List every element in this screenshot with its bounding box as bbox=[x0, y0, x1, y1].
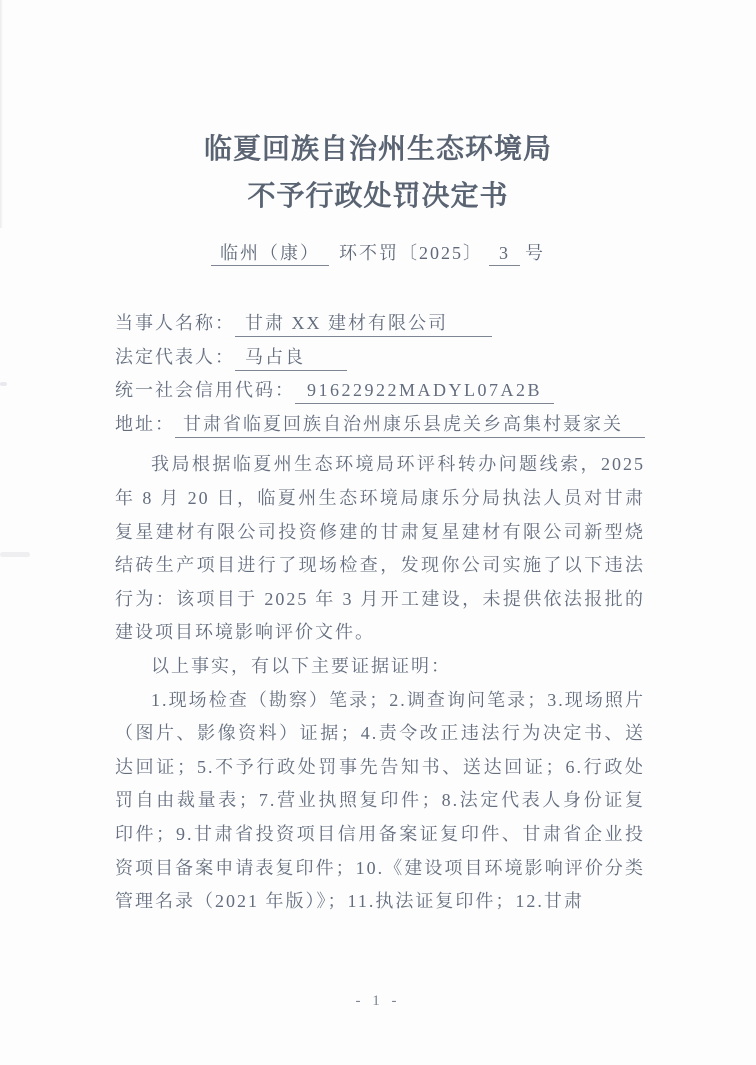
scan-artifact-left-edge bbox=[0, 0, 3, 228]
body-paragraphs: 我局根据临夏州生态环境局环评科转办问题线索，2025 年 8 月 20 日，临夏… bbox=[115, 448, 645, 918]
body-paragraph-facts: 我局根据临夏州生态环境局环评科转办问题线索，2025 年 8 月 20 日，临夏… bbox=[115, 448, 645, 650]
document-number-suffix: 号 bbox=[525, 243, 545, 263]
field-row-legal-representative: 法定代表人： 马占良 bbox=[115, 341, 645, 375]
party-info-fields: 当事人名称： 甘肃 XX 建材有限公司 法定代表人： 马占良 统一社会信用代码：… bbox=[115, 307, 645, 441]
document-number-issuer: 临州（康） bbox=[211, 243, 329, 266]
body-paragraph-evidence-intro: 以上事实，有以下主要证据证明： bbox=[115, 650, 645, 684]
field-value: 马占良 bbox=[235, 345, 347, 371]
field-row-party-name: 当事人名称： 甘肃 XX 建材有限公司 bbox=[115, 307, 645, 341]
document-number-value: 3 bbox=[489, 243, 520, 266]
document-number: 临州（康）环不罚〔2025〕3号 bbox=[0, 242, 756, 264]
field-label: 法定代表人： bbox=[115, 341, 235, 375]
field-label: 地址： bbox=[115, 408, 175, 442]
scanned-document-page: 临夏回族自治州生态环境局 不予行政处罚决定书 临州（康）环不罚〔2025〕3号 … bbox=[0, 0, 756, 1065]
field-label: 当事人名称： bbox=[115, 307, 235, 341]
page-number: - 1 - bbox=[0, 993, 756, 1010]
field-value: 甘肃 XX 建材有限公司 bbox=[235, 311, 492, 337]
document-number-category: 环不罚〔2025〕 bbox=[339, 243, 483, 263]
field-label: 统一社会信用代码： bbox=[115, 374, 295, 408]
document-body: 当事人名称： 甘肃 XX 建材有限公司 法定代表人： 马占良 统一社会信用代码：… bbox=[115, 307, 645, 919]
field-row-credit-code: 统一社会信用代码： 91622922MADYL07A2B bbox=[115, 374, 645, 408]
field-value: 91622922MADYL07A2B bbox=[295, 378, 554, 404]
scan-artifact-smudge bbox=[0, 552, 30, 557]
field-value: 甘肃省临夏回族自治州康乐县虎关乡高集村聂家关 bbox=[175, 412, 645, 438]
body-paragraph-evidence-list: 1.现场检查（勘察）笔录；2.调查询问笔录；3.现场照片（图片、影像资料）证据；… bbox=[115, 684, 645, 919]
scan-artifact-smudge bbox=[0, 382, 7, 386]
document-title-line2: 不予行政处罚决定书 bbox=[0, 181, 756, 211]
document-title-line1: 临夏回族自治州生态环境局 bbox=[0, 134, 756, 164]
field-row-address: 地址： 甘肃省临夏回族自治州康乐县虎关乡高集村聂家关 bbox=[115, 408, 645, 442]
